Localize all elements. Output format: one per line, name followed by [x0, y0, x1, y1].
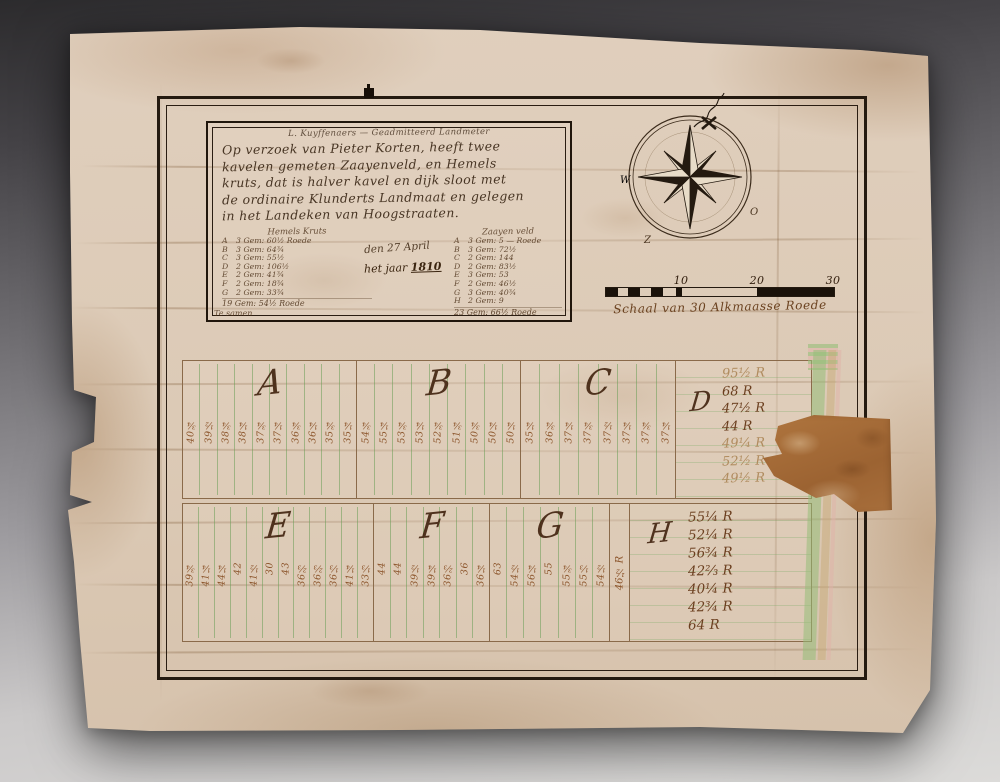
paper-shadow-wrap: L. Kuyffenaers — Geadmitteerd Landmeter … — [0, 0, 1000, 782]
area-list-value: 49¼ R — [722, 434, 766, 453]
scale-tick-label: 20 — [750, 274, 765, 287]
parcel-area-value: 55¾ — [561, 562, 572, 587]
plot-A: A40¾39½38¾38¼37¾37¼36¾36¼35¾35¼ — [183, 361, 357, 498]
parcel-area-value: 39½ — [203, 419, 214, 444]
parcel-area-value: 55⅓ — [578, 562, 589, 587]
left-table-total: 19 Gem: 54½ Roede — [222, 298, 372, 308]
measure-row: G2 Gem: 33¾ — [222, 289, 372, 298]
scale-segment — [606, 288, 618, 296]
measure-row-value: 2 Gem: 9 — [468, 297, 504, 306]
parcel-area-value: 36⅔ — [312, 562, 323, 587]
parcel-strip: 54½ — [593, 507, 609, 638]
parcel-strip: 42 — [231, 507, 247, 638]
parcel-strip: 41¼ — [199, 507, 215, 638]
area-list-value: 64 R — [688, 615, 733, 634]
scale-segment — [663, 288, 676, 296]
parcel-area-value: 35¾ — [325, 419, 336, 444]
zaayenveld-column: Zaayen veld A3 Gem: 5 — RoedeB3 Gem: 72½… — [454, 227, 562, 317]
narrow-parcel-strip: 46½ R — [610, 504, 630, 641]
parcel-strip: 35¼ — [521, 364, 540, 495]
plot-D-letter: D — [688, 386, 712, 419]
scale-segment — [618, 288, 628, 296]
plot-E: E39¾41¼44¼4241½304336⅔36⅔36⅓41¼33⅓ — [183, 504, 374, 641]
parcel-strip: 36⅓ — [326, 507, 342, 638]
plot-D-area-list: 95½ R68 R47½ R44 R49¼ R52½ R49½ R — [722, 365, 765, 488]
parcel-area-value: 36⅔ — [443, 562, 454, 587]
parcel-area-value: 44 — [393, 562, 404, 575]
parcel-area-value: 39½ — [409, 562, 420, 587]
cartouche-date-notes: den 27 April het jaar 1810 — [364, 241, 454, 274]
plot-F: F444439½39¼36⅔3636¼ — [374, 504, 490, 641]
parcel-area-value: 40¾ — [186, 419, 197, 444]
parcel-strip: 54½ — [507, 507, 524, 638]
compass-cardinal-points — [638, 125, 742, 229]
parcel-area-value: 50¾ — [469, 419, 480, 444]
year-note-prefix: het jaar — [364, 261, 411, 276]
parcel-strip: 36¼ — [305, 364, 322, 495]
parcel-strip: 37¼ — [618, 364, 637, 495]
scale-segment — [628, 288, 640, 296]
parcel-area-value: 41¼ — [344, 562, 355, 587]
frame-top-mark — [364, 88, 374, 98]
parcel-area-value: 54½ — [510, 562, 521, 587]
parcel-strip: 37¼ — [657, 364, 675, 495]
area-list-value: 42⅔ R — [688, 561, 733, 580]
parcel-area-value: 41½ — [249, 562, 260, 587]
parcel-area-value: 37¾ — [255, 419, 266, 444]
parcel-area-value: 54½ — [595, 562, 606, 587]
parcel-strip: 38¼ — [235, 364, 252, 495]
parcel-area-value: 50¼ — [506, 419, 517, 444]
parcel-strip: 36⅔ — [294, 507, 310, 638]
plot-A-letter: A — [255, 361, 284, 404]
foxing-stain — [256, 48, 326, 74]
parcel-strip: 37¾ — [637, 364, 656, 495]
parcel-strip: 55¼ — [375, 364, 393, 495]
parcel-area-value: 55¼ — [378, 419, 389, 444]
year-note: het jaar 1810 — [364, 259, 454, 275]
compass-east-letter: O — [750, 207, 758, 218]
title-cartouche: L. Kuyffenaers — Geadmitteerd Landmeter … — [206, 121, 572, 322]
parcel-strip: 50¼ — [485, 364, 503, 495]
parcel-area-value: 36¾ — [544, 419, 555, 444]
parcel-area-value: 43 — [280, 562, 291, 575]
parcel-area-value: 37¼ — [660, 419, 671, 444]
parcel-strip: 36⅔ — [310, 507, 326, 638]
plot-G-letter: G — [534, 504, 565, 548]
parcel-area-value: 36⅓ — [328, 562, 339, 587]
parcel-strip: 37¼ — [560, 364, 579, 495]
parcel-row-bottom: E39¾41¼44¼4241½304336⅔36⅔36⅓41¼33⅓ F4444… — [182, 503, 812, 642]
parcel-area-value: 39¼ — [426, 562, 437, 587]
parcel-strip: 44 — [374, 507, 391, 638]
parcel-area-value: 37¾ — [641, 419, 652, 444]
area-list-value: 56¾ R — [688, 543, 733, 562]
parcel-area-value: 37¼ — [273, 419, 284, 444]
parcel-strip: 50¼ — [503, 364, 520, 495]
plot-G: G6354½56¼5555¾55⅓54½ — [490, 504, 610, 641]
area-list-value: 55¼ R — [688, 507, 733, 526]
parcel-strip: 50¾ — [466, 364, 484, 495]
measure-row-value: 2 Gem: 33¾ — [236, 289, 284, 298]
parcel-strip: 36¾ — [287, 364, 304, 495]
scale-bar: 102030 Schaal van 30 Alkmaasse Roede — [605, 274, 835, 314]
parcel-strip: 36¼ — [473, 507, 489, 638]
parcel-area-value: 41¼ — [201, 562, 212, 587]
area-list-value: 47½ R — [722, 399, 766, 418]
plot-C-letter: C — [583, 361, 613, 404]
parcel-area-value: 53¾ — [397, 419, 408, 444]
parcel-strip: 40¾ — [183, 364, 200, 495]
parcel-strip: 41½ — [247, 507, 263, 638]
zaayen-table-rows: A3 Gem: 5 — RoedeB3 Gem: 72½C2 Gem: 144D… — [454, 237, 562, 306]
scale-tick-label: 30 — [826, 274, 841, 287]
measure-row: H2 Gem: 9 — [454, 297, 562, 306]
plot-F-letter: F — [418, 504, 446, 547]
parcel-area-value: 42 — [233, 562, 244, 575]
totals-label: Te samen — [214, 309, 252, 318]
parcel-area-value: 52¾ — [433, 419, 444, 444]
parcel-row-top: A40¾39½38¾38¼37¾37¼36¾36¼35¾35¼ B54¾55¼5… — [182, 360, 812, 499]
cartouche-total-line: Te samen — [214, 309, 564, 318]
compass-south-letter: Z — [643, 235, 652, 246]
compass-west-letter: W — [620, 175, 631, 186]
parcel-area-value: 33⅓ — [360, 562, 371, 587]
plot-B: B54¾55¼53¾53¼52¾51¾50¾50¼50¼ — [357, 361, 521, 498]
scale-tick-label: 10 — [674, 274, 689, 287]
parcel-strip: 55⅓ — [576, 507, 593, 638]
area-list-value: 40¼ R — [688, 579, 733, 598]
scale-bar-rule — [605, 287, 835, 297]
parcel-area-value: 63 — [493, 562, 504, 575]
plot-H-letter: H — [646, 517, 673, 551]
measure-row-letter: H — [454, 297, 468, 306]
scale-segment — [651, 288, 663, 296]
hemels-table-rows: A3 Gem: 60½ RoedeB3 Gem: 64¾C3 Gem: 55½D… — [222, 237, 372, 297]
parcel-area-value: 55 — [544, 562, 555, 575]
plot-H: H55¼ R52¼ R56¾ R42⅔ R40¼ R42¾ R64 R — [630, 504, 811, 641]
photo-stage: L. Kuyffenaers — Geadmitteerd Landmeter … — [0, 0, 1000, 782]
cartouche-line: in het Landeken van Hoogstraaten. — [222, 204, 556, 225]
plot-H-area-list: 55¼ R52¼ R56¾ R42⅔ R40¼ R42¾ R64 R — [688, 508, 733, 634]
parcel-area-value: 36¼ — [308, 419, 319, 444]
cartouche-text-lines: Op verzoek van Pieter Korten, heeft twee… — [222, 140, 556, 223]
parcel-strip: 53¾ — [393, 364, 411, 495]
antique-map-sheet: L. Kuyffenaers — Geadmitteerd Landmeter … — [60, 22, 940, 740]
parcel-strip: 54¾ — [357, 364, 375, 495]
parcel-area-value: 35¼ — [342, 419, 353, 444]
parcel-area-value: 39¾ — [185, 562, 196, 587]
date-note: den 27 April — [364, 238, 455, 256]
area-list-value: 44 R — [722, 417, 766, 436]
parcel-area-value: 50¼ — [488, 419, 499, 444]
parcel-area-value: 36 — [459, 562, 470, 575]
parcel-strip: 39½ — [200, 364, 217, 495]
parcel-area-value: 30 — [265, 562, 276, 575]
scale-segment — [640, 288, 651, 296]
parcel-strip: 38¾ — [218, 364, 235, 495]
parcel-area-value: 37¼ — [563, 419, 574, 444]
area-list-value: 68 R — [722, 382, 766, 401]
area-list-value: 52¼ R — [688, 525, 733, 544]
parcel-area-value: 36¼ — [476, 562, 487, 587]
parcel-area-value: 53¼ — [415, 419, 426, 444]
parcel-area-value: 51¾ — [451, 419, 462, 444]
parcel-strip: 33⅓ — [358, 507, 373, 638]
parcel-area-value: 36⅔ — [296, 562, 307, 587]
parcel-strip: 63 — [490, 507, 507, 638]
parcel-strip: 44 — [391, 507, 408, 638]
plot-E-letter: E — [264, 504, 293, 547]
plot-B-letter: B — [424, 361, 453, 404]
parcel-strip: 39¾ — [183, 507, 199, 638]
parcel-strip: 35¼ — [340, 364, 356, 495]
hemels-kruts-column: Hemels Kruts A3 Gem: 60½ RoedeB3 Gem: 64… — [222, 227, 372, 308]
parcel-strip: 36 — [457, 507, 474, 638]
area-list-value: 49½ R — [722, 469, 766, 488]
parcel-area-value: 44¼ — [217, 562, 228, 587]
parcel-strip: 44¼ — [215, 507, 231, 638]
parcel-area-value: 35¼ — [525, 419, 536, 444]
parcel-area-value: 38¼ — [238, 419, 249, 444]
parcel-area-value: 37¾ — [583, 419, 594, 444]
scale-bar-ticks: 102030 — [605, 274, 835, 286]
strip-area-value: 46½ R — [614, 555, 625, 589]
parcel-area-value: 36¾ — [290, 419, 301, 444]
parcel-area-value: 56¼ — [527, 562, 538, 587]
parcel-area-value: 37¼ — [622, 419, 633, 444]
compass-rose: W O Z — [615, 92, 765, 262]
measure-row-letter: G — [222, 289, 236, 298]
scale-segment-blank — [682, 288, 757, 296]
parcel-strip: 35¾ — [322, 364, 339, 495]
plot-C: C35¼36¾37¼37¾37½37¼37¾37¼ — [521, 361, 676, 498]
area-list-value: 52½ R — [722, 452, 766, 471]
parcel-area-value: 38¾ — [221, 419, 232, 444]
scale-segment-solid — [757, 288, 834, 296]
parcel-area-value: 44 — [376, 562, 387, 575]
parcel-strip: 41¼ — [342, 507, 358, 638]
parcel-area-value: 54¾ — [360, 419, 371, 444]
area-list-value: 95½ R — [722, 364, 766, 383]
parcel-area-value: 37½ — [602, 419, 613, 444]
year-value: 1810 — [411, 260, 442, 274]
area-list-value: 42¾ R — [688, 597, 733, 616]
scale-bar-label: Schaal van 30 Alkmaasse Roede — [605, 298, 835, 317]
parcel-strip: 36¾ — [540, 364, 559, 495]
